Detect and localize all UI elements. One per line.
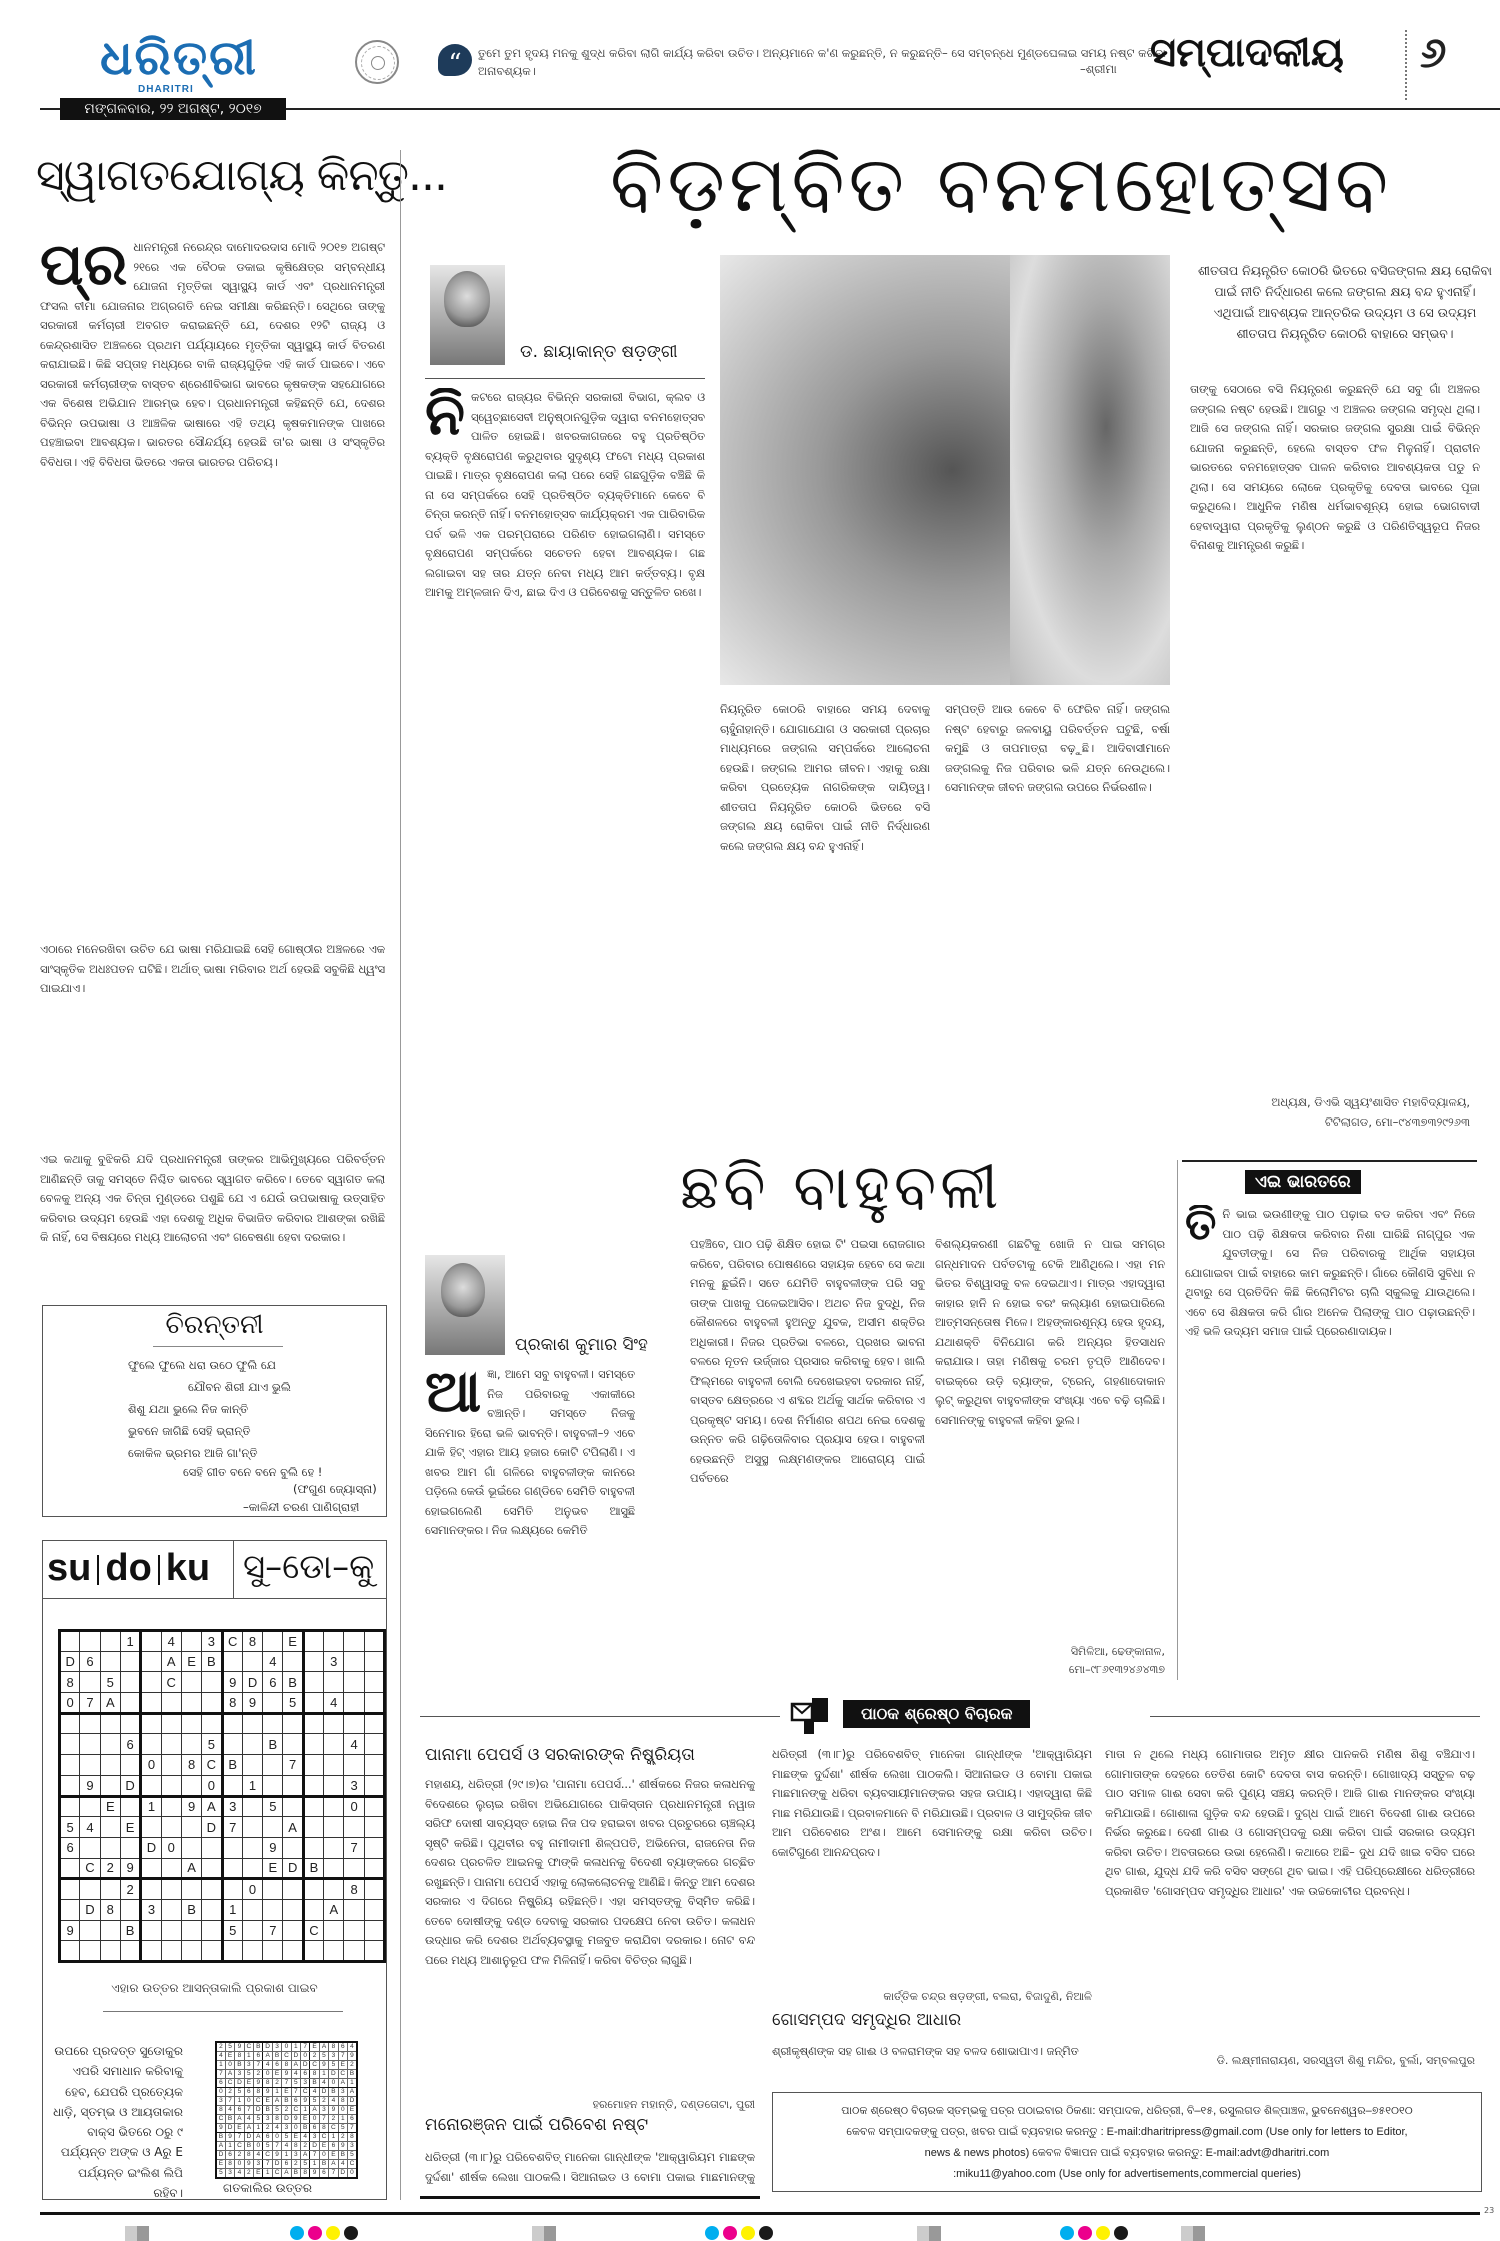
sudoku-cell: [344, 1651, 364, 1672]
sudoku-cell: B: [291, 2169, 300, 2179]
sudoku-cell: B: [272, 2052, 281, 2061]
sudoku-cell: 5: [319, 2052, 328, 2061]
sudoku-cell: 5: [310, 2097, 319, 2106]
sudoku-cell: [141, 1734, 161, 1755]
sudoku-cell: 0: [141, 1755, 161, 1776]
sudoku-cell: [283, 1734, 303, 1755]
sudoku-cell: A: [329, 2160, 338, 2169]
sudoku-cell: [80, 1713, 100, 1734]
sudoku-cell: 7: [344, 1837, 364, 1858]
sudoku-cell: 6: [80, 1651, 100, 1672]
sudoku-cell: 4: [301, 2133, 310, 2142]
sudoku-cell: D: [263, 2042, 272, 2052]
folio-number: 23: [1484, 2206, 1494, 2215]
sudoku-cell: 4: [263, 1651, 283, 1672]
sudoku-cell: 2: [301, 2142, 310, 2151]
sudoku-cell: [303, 1837, 323, 1858]
main-article-col2: ନିୟନ୍ତ୍ରିତ କୋଠରି ବାହାରେ ସମୟ ଦେବାକୁ ଚାହୁଁ…: [720, 700, 930, 1130]
sudoku-cell: [222, 1941, 242, 1962]
sudoku-cell: [80, 1672, 100, 1693]
sudoku-cell: E: [329, 2151, 338, 2160]
sudoku-cell: 6: [329, 2142, 338, 2151]
sudoku-cell: B: [120, 1920, 140, 1941]
sudoku-cell: [141, 1920, 161, 1941]
pull-quote: ଶୀତତାପ ନିୟନ୍ତ୍ରିତ କୋଠରି ଭିତରେ ବସିଜଙ୍ଗଲ କ…: [1195, 260, 1495, 344]
sudoku-cell: [100, 1775, 120, 1796]
sudoku-cell: [303, 1941, 323, 1962]
sudoku-cell: 8: [272, 2115, 281, 2124]
poem-line: ଭୁବନେ ଜାଗିଛି ସେହି ଭ୍ରାନ୍ତି: [128, 1420, 251, 1442]
sudoku-cell: 3: [202, 1631, 222, 1652]
editor-email-line: କେବଳ ସମ୍ପାଦକଙ୍କୁ ପତ୍ର, ଖବର ପାଇଁ ବ୍ୟବହାର …: [773, 2122, 1481, 2143]
sudoku-cell: [344, 1693, 364, 1714]
sudoku-header: sudoku ସୁ–ଡୋ–କୁ: [43, 1541, 386, 1599]
sudoku-cell: 5: [347, 2151, 356, 2160]
sudoku-cell: 2: [272, 2079, 281, 2088]
sudoku-cell: 4: [310, 2088, 319, 2097]
sudoku-cell: 3: [329, 2052, 338, 2061]
sudoku-cell: 8: [329, 2042, 338, 2052]
poem-author: –କାଳିନ୍ଦୀ ଚରଣ ପାଣିଗ୍ରାହୀ: [243, 1496, 359, 1518]
sudoku-cell: B: [235, 2061, 244, 2070]
sudoku-cell: [344, 1941, 364, 1962]
sudoku-cell: 5: [291, 2079, 300, 2088]
sudoku-cell: [161, 1920, 181, 1941]
sudoku-cell: [263, 1713, 283, 1734]
letter-headline: ଗୋସମ୍ପଦ ସମୃଦ୍ଧିର ଆଧାର: [772, 2010, 961, 2030]
sudoku-cell: 5: [282, 2133, 291, 2142]
sudoku-cell: [141, 1817, 161, 1838]
sudoku-cell: 7: [244, 2106, 253, 2115]
sudoku-cell: [303, 1899, 323, 1920]
sudoku-cell: B: [254, 2042, 263, 2052]
sudoku-cell: 1: [225, 2142, 234, 2151]
sudoku-cell: 1: [301, 2106, 310, 2115]
sudoku-cell: [100, 1651, 120, 1672]
sudoku-cell: 1: [272, 2088, 281, 2097]
sudoku-cell: C: [263, 2151, 272, 2160]
sudoku-cell: E: [216, 2160, 225, 2169]
sudoku-cell: 0: [282, 2042, 291, 2052]
sudoku-cell: [364, 1899, 384, 1920]
sudoku-cell: 5: [225, 2042, 234, 2052]
sudoku-cell: [364, 1631, 384, 1652]
sudoku-cell: D: [329, 2070, 338, 2079]
registration-magenta-dot: [308, 2226, 322, 2240]
sudoku-cell: 5: [263, 1796, 283, 1817]
sudoku-cell: 0: [344, 1796, 364, 1817]
sudoku-cell: [364, 1734, 384, 1755]
sudoku-cell: B: [301, 2124, 310, 2133]
sudoku-cell: [60, 1941, 80, 1962]
sudoku-cell: [222, 1837, 242, 1858]
author-byline: ଡ. ଛାୟାକାନ୍ତ ଷଡ଼ଙ୍ଗୀ: [520, 342, 678, 362]
sudoku-cell: [222, 1775, 242, 1796]
sudoku-cell: 9: [235, 2042, 244, 2052]
sudoku-cell: [303, 1693, 323, 1714]
divider: [97, 1555, 99, 1585]
sudoku-cell: 4: [282, 2142, 291, 2151]
sudoku-cell: 9: [216, 2124, 225, 2133]
sudoku-cell: [263, 1817, 283, 1838]
sudoku-cell: 5: [222, 1920, 242, 1941]
sudoku-box: sudoku ସୁ–ଡୋ–କୁ 143C8ED6AEB4385C9D6B07A8…: [42, 1540, 387, 2200]
sudoku-cell: [283, 1837, 303, 1858]
sudoku-cell: 6: [60, 1837, 80, 1858]
letter-body-continued: ମାତା ନ ଥିଲେ ମଧ୍ୟ ଗୋମାତାର ଅମୃତ କ୍ଷୀର ପାନକ…: [1105, 1745, 1475, 2035]
author-photo-2: [425, 1255, 505, 1355]
sudoku-cell: 1: [216, 2061, 225, 2070]
sudoku-cell: D: [244, 2133, 253, 2142]
sudoku-cell: [344, 1672, 364, 1693]
sudoku-cell: 9: [263, 1837, 283, 1858]
sudoku-cell: [324, 1775, 344, 1796]
main-author-designation: ଅଧ୍ୟକ୍ଷ, ଡିଏଭି ସ୍ୱୟଂଶାସିତ ମହାବିଦ୍ୟାଳୟ,: [1190, 1095, 1470, 1110]
sudoku-cell: [303, 1817, 323, 1838]
sudoku-cell: 3: [338, 2088, 347, 2097]
sudoku-cell: A: [161, 1651, 181, 1672]
sudoku-cell: E: [283, 1631, 303, 1652]
sudoku-cell: E: [235, 2124, 244, 2133]
sudoku-cell: [344, 1920, 364, 1941]
sudoku-cell: B: [181, 1899, 201, 1920]
sudoku-cell: [100, 1879, 120, 1900]
editorial-dropcap: ପ୍ର: [40, 238, 127, 290]
sudoku-cell: [202, 1713, 222, 1734]
sudoku-cell: [80, 1941, 100, 1962]
sudoku-cell: [242, 1837, 262, 1858]
sudoku-cell: 0: [216, 2088, 225, 2097]
column-divider: [1177, 1160, 1178, 1680]
sudoku-cell: [181, 1837, 201, 1858]
sudoku-cell: [60, 1879, 80, 1900]
chirantani-title: ଚିରନ୍ତନୀ: [43, 1310, 386, 1341]
sudoku-cell: 2: [120, 1879, 140, 1900]
sudoku-cell: [120, 1755, 140, 1776]
sudoku-cell: [222, 1713, 242, 1734]
sudoku-cell: A: [324, 1899, 344, 1920]
sudoku-cell: 7: [291, 2088, 300, 2097]
sudoku-cell: 7: [301, 2042, 310, 2052]
sudoku-cell: 8: [100, 1899, 120, 1920]
sudoku-cell: 4: [272, 2124, 281, 2133]
sudoku-cell: B: [347, 2070, 356, 2079]
sudoku-cell: C: [338, 2070, 347, 2079]
sudoku-cell: 9: [181, 1796, 201, 1817]
sudoku-cell: 3: [310, 2133, 319, 2142]
sudoku-cell: A: [338, 2079, 347, 2088]
letters-address-box: ପାଠକ ଶ୍ରେଷ୍ଠ ବିଚାରକ ସ୍ତମ୍ଭକୁ ପତ୍ର ପଠାଇବା…: [772, 2092, 1482, 2192]
sudoku-cell: D: [60, 1651, 80, 1672]
sudoku-cell: [161, 1879, 181, 1900]
sudoku-cell: 2: [338, 2133, 347, 2142]
sudoku-cell: 6: [263, 2133, 272, 2142]
sudoku-cell: C: [254, 2097, 263, 2106]
sudoku-cell: [80, 1734, 100, 1755]
sudoku-cell: 8: [310, 2070, 319, 2079]
sudoku-cell: 4: [263, 2061, 272, 2070]
sudoku-cell: [303, 1651, 323, 1672]
second-author-place: ସିମିଳିଆ, ଢେଙ୍କାନାଳ,: [935, 1645, 1165, 1659]
sudoku-cell: [100, 1837, 120, 1858]
sudoku-cell: B: [244, 2142, 253, 2151]
sudoku-cell: A: [263, 2052, 272, 2061]
divider: [158, 1555, 160, 1585]
sudoku-cell: 3: [254, 2160, 263, 2169]
sudoku-cell: [283, 1713, 303, 1734]
sudoku-cell: 0: [319, 2151, 328, 2160]
sudoku-cell: 3: [272, 2042, 281, 2052]
answer-note: ଏହାର ଉତ୍ତର ଆସନ୍ତାକାଲି ପ୍ରକାଶ ପାଇବ: [43, 1981, 386, 1996]
sudoku-cell: [141, 1713, 161, 1734]
sudoku-title-part: su: [47, 1547, 91, 1589]
sudoku-cell: [283, 1899, 303, 1920]
sudoku-cell: [202, 1672, 222, 1693]
sudoku-cell: 0: [272, 2133, 281, 2142]
sudoku-cell: [263, 1631, 283, 1652]
sudoku-cell: [100, 1631, 120, 1652]
sudoku-cell: 1: [235, 2097, 244, 2106]
sudoku-cell: [324, 1879, 344, 1900]
sudoku-cell: [263, 1941, 283, 1962]
sudoku-cell: 0: [242, 1879, 262, 1900]
letter-headline: ପାନାମା ପେପର୍ସ ଓ ସରକାରଙ୍କ ନିଷ୍କ୍ରିୟତା: [425, 1745, 695, 1765]
sudoku-cell: 7: [225, 2097, 234, 2106]
sudoku-cell: A: [235, 2115, 244, 2124]
sudoku-cell: [263, 1693, 283, 1714]
sudoku-cell: E: [100, 1796, 120, 1817]
sudoku-cell: A: [283, 1817, 303, 1838]
sudoku-cell: 7: [283, 1755, 303, 1776]
second-article-col1: ଆ ଜ୍ଞା, ଆମେ ସବୁ ବାହୁବଳୀ। ସମସ୍ତେ ନିଜ ପରିବ…: [425, 1365, 635, 1690]
sudoku-cell: [283, 1941, 303, 1962]
sudoku-cell: 5: [263, 2142, 272, 2151]
sudoku-title-en: sudoku: [47, 1547, 210, 1590]
sudoku-cell: D: [80, 1899, 100, 1920]
sudoku-cell: [120, 1941, 140, 1962]
sudoku-cell: D: [301, 2061, 310, 2070]
sudoku-cell: 9: [310, 2169, 319, 2179]
sudoku-cell: C: [329, 2124, 338, 2133]
column-divider: [400, 150, 401, 2200]
registration-magenta-dot: [1078, 2226, 1092, 2240]
sudoku-cell: 3: [225, 2169, 234, 2179]
sudoku-cell: [141, 1672, 161, 1693]
editorial-headline: ସ୍ୱାଗତଯୋଗ୍ୟ କିନ୍ତୁ...: [36, 150, 447, 201]
divider: [233, 1541, 234, 1599]
sudoku-cell: C: [222, 1631, 242, 1652]
logo-subtitle: DHARITRI: [138, 84, 194, 95]
sudoku-cell: 9: [272, 2151, 281, 2160]
sudoku-cell: B: [329, 2088, 338, 2097]
sudoku-cell: [364, 1941, 384, 1962]
sudoku-cell: 1: [263, 2169, 272, 2179]
sudoku-cell: 0: [347, 2169, 356, 2179]
sudoku-cell: D: [202, 1817, 222, 1838]
sudoku-cell: 0: [329, 2079, 338, 2088]
sudoku-cell: 5: [329, 2061, 338, 2070]
sudoku-cell: A: [272, 2097, 281, 2106]
sudoku-cell: 9: [301, 2097, 310, 2106]
sudoku-cell: 9: [60, 1920, 80, 1941]
sudoku-cell: [344, 1858, 364, 1879]
sudoku-cell: 2: [100, 1858, 120, 1879]
sudoku-cell: [263, 1755, 283, 1776]
sudoku-cell: 3: [216, 2097, 225, 2106]
sudoku-cell: [263, 1879, 283, 1900]
sudoku-cell: 7: [282, 2079, 291, 2088]
sudoku-cell: D: [242, 1672, 262, 1693]
sudoku-cell: 4: [244, 2115, 253, 2124]
sudoku-cell: D: [291, 2052, 300, 2061]
sudoku-cell: [242, 1713, 262, 1734]
sudoku-cell: [120, 1651, 140, 1672]
sudoku-cell: [202, 1899, 222, 1920]
sudoku-cell: [283, 1651, 303, 1672]
sudoku-cell: 6: [225, 2151, 234, 2160]
dharitri-logo: ଧରିତ୍ରୀ: [100, 30, 270, 90]
sudoku-cell: 5: [272, 2106, 281, 2115]
sudoku-cell: [222, 1651, 242, 1672]
registration-yellow-dot: [326, 2226, 340, 2240]
sudoku-cell: 7: [272, 2142, 281, 2151]
sudoku-cell: 3: [244, 2061, 253, 2070]
sudoku-cell: 2: [225, 2088, 234, 2097]
sudoku-cell: [202, 1837, 222, 1858]
sudoku-cell: B: [222, 1755, 242, 1776]
sudoku-title-or: ସୁ–ଡୋ–କୁ: [243, 1547, 374, 1587]
registration-black-dot: [759, 2226, 773, 2240]
sudoku-cell: [263, 1899, 283, 1920]
sudoku-cell: 0: [338, 2106, 347, 2115]
print-gray-block: [1181, 2226, 1205, 2241]
sudoku-cell: 8: [301, 2169, 310, 2179]
sudoku-cell: [222, 1734, 242, 1755]
sudoku-cell: C: [291, 2106, 300, 2115]
sudoku-cell: [344, 1817, 364, 1838]
sudoku-cell: B: [202, 1651, 222, 1672]
print-gray-block: [125, 2226, 149, 2241]
sudoku-cell: [120, 1672, 140, 1693]
sudoku-cell: C: [235, 2142, 244, 2151]
page-number: ୬: [1420, 28, 1446, 78]
sudoku-cell: 0: [301, 2052, 310, 2061]
author-face: [441, 1263, 485, 1317]
sudoku-cell: 5: [235, 2088, 244, 2097]
sudoku-cell: D: [120, 1775, 140, 1796]
sudoku-cell: 8: [244, 2151, 253, 2160]
sudoku-cell: 2: [254, 2070, 263, 2079]
sudoku-cell: A: [291, 2061, 300, 2070]
letters-section-label: ପାଠକ ଶ୍ରେଷ୍ଠ ବିଚାରକ: [843, 1700, 1030, 1728]
sudoku-cell: 0: [310, 2115, 319, 2124]
byline-rule: [425, 378, 705, 379]
chirantani-box: ଚିରନ୍ତନୀ ଫୁଲେ ଫୁଲେ ଧରା ଉଠେ ଫୁଲି ଯେ ଯୌବନ …: [42, 1305, 387, 1517]
sudoku-cell: 3: [235, 2070, 244, 2079]
sudoku-cell: 9: [282, 2070, 291, 2079]
registration-magenta-dot: [723, 2226, 737, 2240]
sudoku-cell: 1: [291, 2042, 300, 2052]
letters-rule: [420, 1716, 780, 1717]
sudoku-cell: 0: [161, 1837, 181, 1858]
sudoku-cell: 2: [216, 2042, 225, 2052]
sudoku-cell: 6: [347, 2115, 356, 2124]
main-article-col3: ସମ୍ପତ୍ତି ଆଉ କେବେ ବି ଫେରିବ ନାହିଁ। ଜଙ୍ଗଲ ନ…: [945, 700, 1170, 1130]
sudoku-cell: [181, 1879, 201, 1900]
sudoku-cell: 2: [319, 2097, 328, 2106]
sudoku-cell: 4: [324, 1693, 344, 1714]
sudoku-cell: [60, 1899, 80, 1920]
sudoku-cell: [120, 1713, 140, 1734]
sudoku-cell: C: [216, 2115, 225, 2124]
sudoku-cell: [324, 1920, 344, 1941]
sudoku-cell: 1: [222, 1899, 242, 1920]
sudoku-cell: A: [310, 2106, 319, 2115]
sudoku-cell: B: [303, 1858, 323, 1879]
sudoku-cell: 5: [202, 1734, 222, 1755]
sudoku-cell: 8: [319, 2124, 328, 2133]
sudoku-cell: A: [216, 2142, 225, 2151]
sudoku-cell: B: [310, 2079, 319, 2088]
sudoku-cell: [80, 1837, 100, 1858]
sudoku-cell: 8: [216, 2106, 225, 2115]
sudoku-cell: A: [254, 2133, 263, 2142]
sudoku-cell: [141, 1858, 161, 1879]
sudoku-cell: 4: [347, 2042, 356, 2052]
ei-bharatare-rule: [1182, 1160, 1477, 1162]
sudoku-cell: 8: [222, 1693, 242, 1714]
sudoku-cell: 0: [244, 2097, 253, 2106]
sudoku-cell: [364, 1837, 384, 1858]
sudoku-cell: [364, 1651, 384, 1672]
author-face: [444, 271, 490, 327]
sudoku-cell: A: [181, 1858, 201, 1879]
editorial-body: ପ୍ର ଧାନମନ୍ତ୍ରୀ ନରେନ୍ଦ୍ର ଦାମୋଦରଦାସ ମୋଦି ୨…: [40, 238, 385, 938]
sudoku-cell: [141, 1775, 161, 1796]
sudoku-cell: 4: [216, 2052, 225, 2061]
sudoku-cell: 1: [282, 2151, 291, 2160]
sudoku-cell: D: [347, 2097, 356, 2106]
sudoku-cell: 9: [254, 2079, 263, 2088]
sudoku-cell: [141, 1693, 161, 1714]
sudoku-cell: 7: [216, 2070, 225, 2079]
sudoku-cell: [60, 1631, 80, 1652]
sudoku-cell: 0: [235, 2160, 244, 2169]
sudoku-cell: 9: [80, 1775, 100, 1796]
second-headline: ଛବି ବାହୁବଳୀ: [680, 1150, 1002, 1224]
second-article-col3: ବିଶଲ୍ୟକରଣୀ ଗଛଟିକୁ ଖୋଜି ନ ପାଇ ସମଗ୍ର ଗନ୍ଧମ…: [935, 1235, 1165, 1645]
sudoku-cell: [120, 1796, 140, 1817]
sudoku-cell: [364, 1879, 384, 1900]
sudoku-cell: [120, 1899, 140, 1920]
sudoku-cell: 8: [225, 2160, 234, 2169]
sudoku-cell: A: [282, 2169, 291, 2179]
sudoku-grid: 143C8ED6AEB4385C9D6B07A895465B408CB79D01…: [58, 1629, 386, 1963]
sapling-hands-photo: [1010, 255, 1170, 685]
sudoku-cell: 9: [347, 2052, 356, 2061]
sudoku-cell: [344, 1899, 364, 1920]
print-gray-block: [532, 2226, 556, 2241]
sudoku-cell: 7: [347, 2124, 356, 2133]
sudoku-cell: [141, 1631, 161, 1652]
sudoku-cell: 8: [282, 2061, 291, 2070]
sudoku-cell: [202, 1693, 222, 1714]
sudoku-cell: C: [244, 2042, 253, 2052]
sudoku-cell: [242, 1920, 262, 1941]
sudoku-cell: A: [100, 1693, 120, 1714]
poem-line: ଫୁଲେ ଫୁଲେ ଧରା ଉଠେ ଫୁଲି ଯେ: [128, 1354, 276, 1376]
sudoku-cell: [242, 1755, 262, 1776]
